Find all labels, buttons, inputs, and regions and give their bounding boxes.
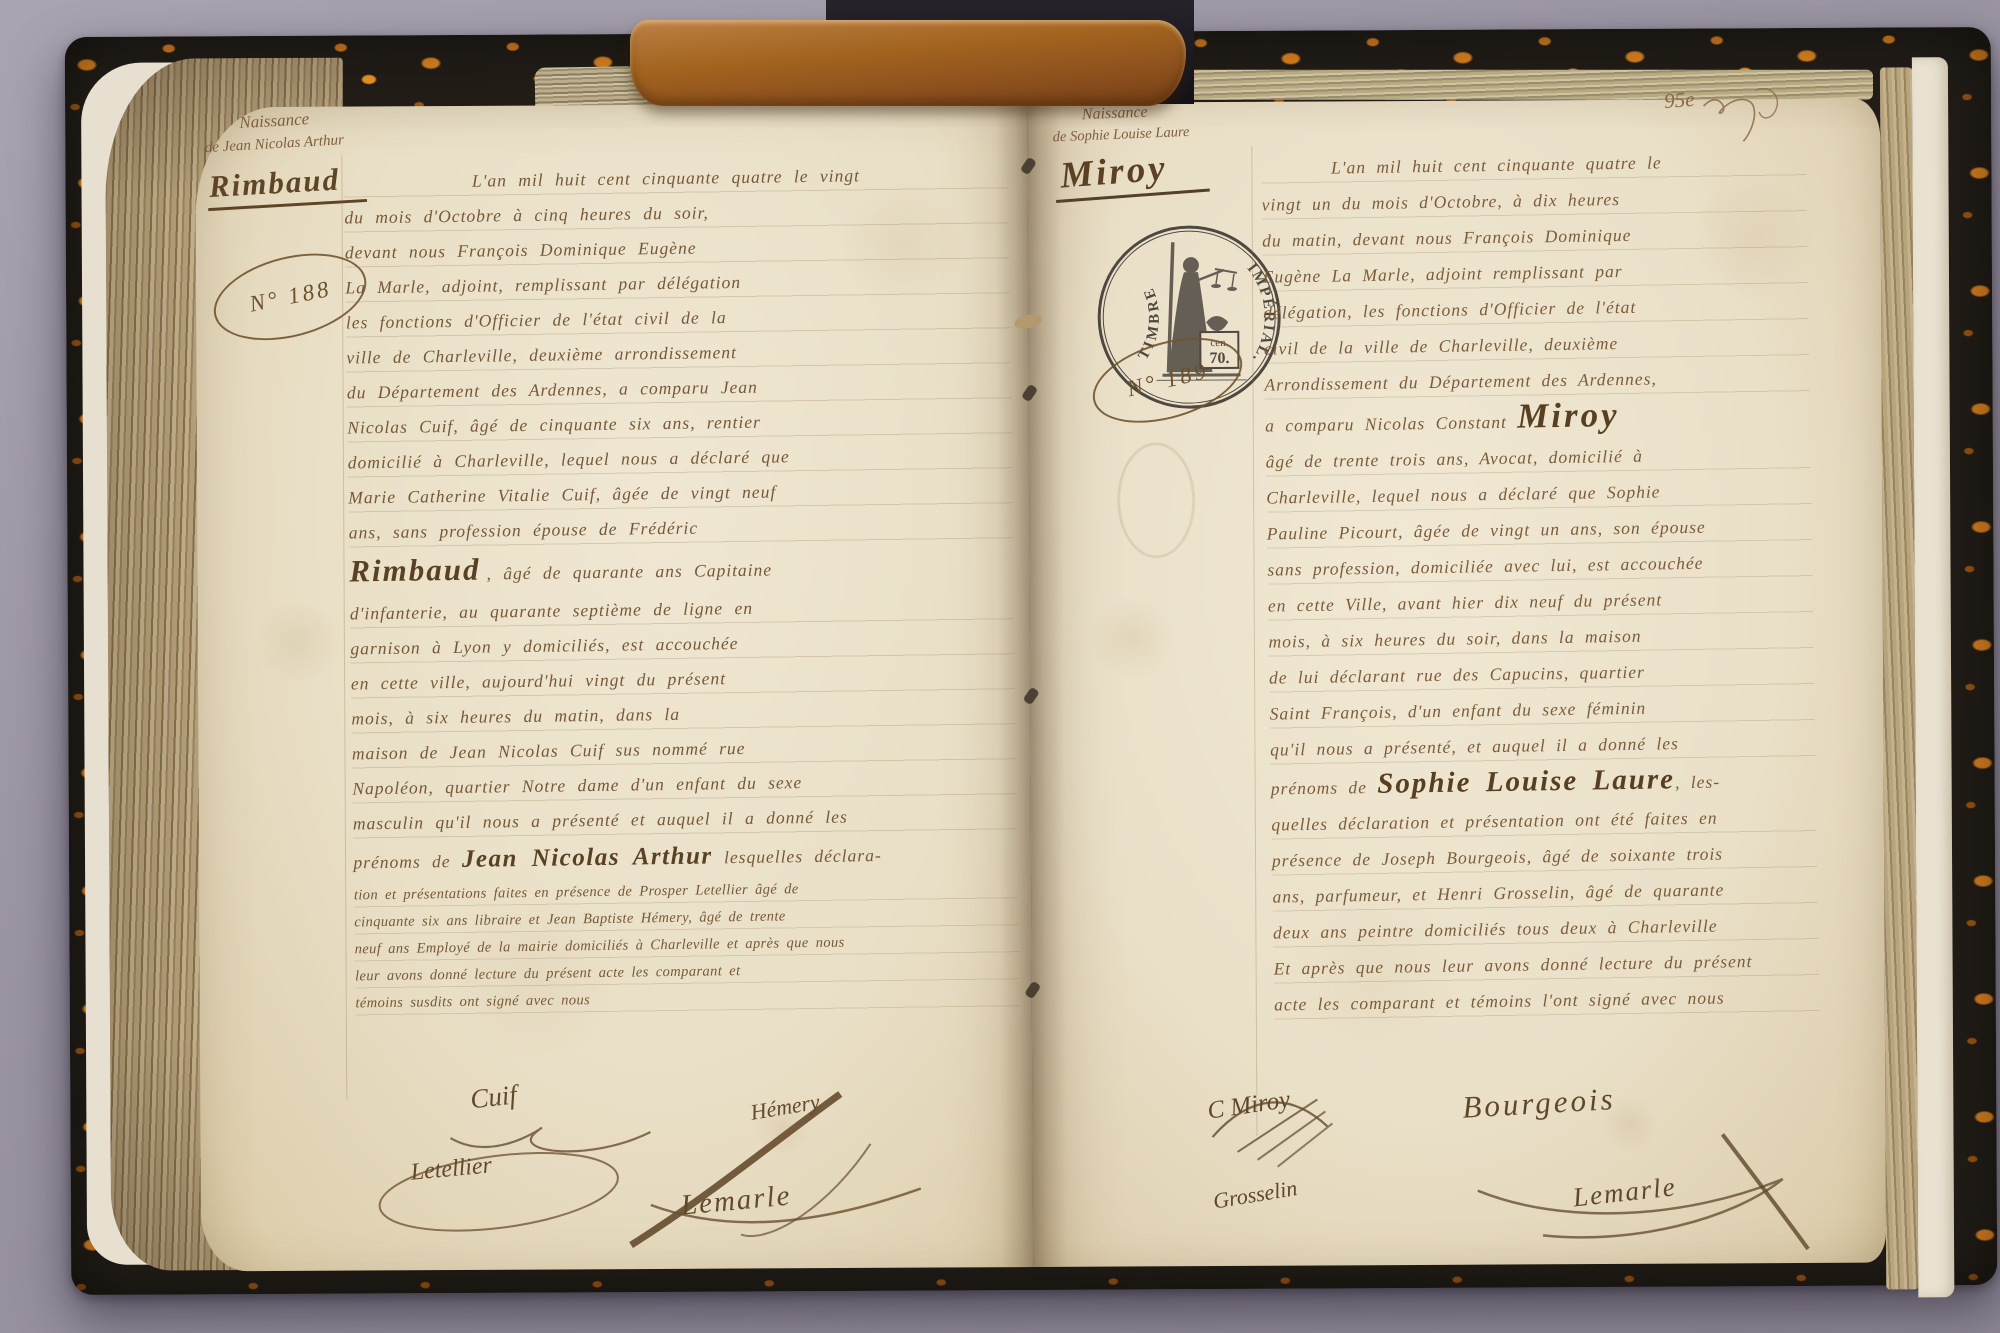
margin-surname: Miroy <box>1053 144 1210 203</box>
signature-lemarle: Lemarle <box>1571 1171 1678 1213</box>
manuscript-line: témoins susdits ont signé avec nous <box>355 981 1019 1017</box>
stamp-value: 70. <box>1209 350 1229 367</box>
thread-knot <box>1013 312 1043 331</box>
manuscript-line-sophie: prénoms de Sophie Louise Laure, les- <box>1270 759 1816 807</box>
manuscript-line: Et après que nous leur avons donné lectu… <box>1273 942 1818 987</box>
manuscript-line-miroy: a comparu Nicolas Constant Miroy <box>1265 394 1811 444</box>
manuscript-line: maison de Jean Nicolas Cuif sus nommé ru… <box>352 727 1016 771</box>
manuscript-line: en cette Ville, avant hier dix neuf du p… <box>1268 579 1813 624</box>
manuscript-line: deux ans peintre domiciliés tous deux à … <box>1273 906 1818 951</box>
manuscript-line: quelles déclaration et présentation ont … <box>1271 798 1816 843</box>
right-endpaper <box>1912 57 1954 1297</box>
svg-text:TIMBRE: TIMBRE <box>1135 283 1163 362</box>
surname-highlight: Rimbaud <box>349 552 481 589</box>
margin-note-line2: de Jean Nicolas Arthur <box>204 123 504 157</box>
manuscript-line: civil de la ville de Charleville, deuxiè… <box>1264 322 1809 367</box>
manuscript-line: Napoléon, quartier Notre dame d'un enfan… <box>352 762 1016 806</box>
signature-cuif: Cuif <box>469 1079 519 1115</box>
paragraph: âgé de trente trois ans, Avocat, domicil… <box>1265 435 1815 768</box>
margin-surname: Rimbaud <box>206 160 367 211</box>
manuscript-line: Nicolas Cuif, âgé de cinquante six ans, … <box>347 401 1011 445</box>
right-margin-note: Naissance de Sophie Louise Laure Miroy <box>1052 97 1316 200</box>
act-number-oval: N° 189 <box>1083 322 1252 438</box>
manuscript-line: Marie Catherine Vitalie Cuif, âgée de vi… <box>348 471 1012 515</box>
act-number: N° 188 <box>247 276 333 318</box>
svg-text:IMPÉRIAL.: IMPÉRIAL. <box>1244 261 1278 367</box>
imperial-tax-stamp: TIMBRE IMPÉRIAL. <box>1094 220 1285 426</box>
paragraph: L'an mil huit cent cinquante quatre levi… <box>1261 142 1810 403</box>
manuscript-line: leur avons donné lecture du présent acte… <box>355 954 1019 990</box>
manuscript-line: Pauline Picourt, âgée de vingt un ans, s… <box>1267 507 1812 552</box>
stitch-mark <box>1020 157 1037 176</box>
manuscript-line: garnison à Lyon y domiciliés, est accouc… <box>350 622 1014 666</box>
manuscript-line: L'an mil huit cent cinquante quatre le <box>1261 142 1806 187</box>
manuscript-line: d'infanterie, au quarante septième de li… <box>350 587 1014 631</box>
signature-flourish <box>1197 1081 1387 1177</box>
justice-figure-icon <box>1156 242 1247 380</box>
margin-rule <box>341 155 347 1100</box>
manuscript-line: Saint François, d'un enfant du sexe fémi… <box>1269 687 1814 732</box>
signature-miroy: C Miroy <box>1206 1086 1292 1126</box>
left-page: Naissance de Jean Nicolas Arthur Rimbaud… <box>195 103 1033 1271</box>
folio-number: 95e <box>1663 87 1695 114</box>
manuscript-line: présence de Joseph Bourgeois, âgé de soi… <box>1272 834 1817 879</box>
line-continuation: , âgé de quarante ans Capitaine <box>486 560 772 584</box>
manuscript-line: ans, parfumeur, et Henri Grosselin, âgé … <box>1272 870 1817 915</box>
signature-block-right: C Miroy Grosselin Bourgeois Lemarle <box>1112 1084 1873 1263</box>
line-lead: a comparu Nicolas Constant <box>1265 412 1517 436</box>
manuscript-line: tion et présentations faites en présence… <box>354 873 1018 909</box>
signature-hemery: Hémery <box>749 1089 822 1126</box>
act-number-oval: N° 188 <box>205 239 376 355</box>
act-number: N° 189 <box>1124 358 1211 402</box>
signature-block-left: Cuif Hémery Letellier Lemarle <box>340 1043 1021 1267</box>
signature-bourgeois: Bourgeois <box>1461 1081 1616 1126</box>
line-lead: prénoms de <box>353 851 462 873</box>
manuscript-line: du matin, devant nous François Dominique <box>1262 214 1807 259</box>
manuscript-line: âgé de trente trois ans, Avocat, domicil… <box>1265 435 1810 480</box>
manuscript-line: ans, sans profession épouse de Frédéric <box>349 506 1013 550</box>
stamp-cen-label: cen. <box>1210 337 1228 349</box>
act-text-right: L'an mil huit cent cinquante quatre levi… <box>1261 142 1820 1022</box>
signature-flourish <box>440 1107 660 1168</box>
signature-letellier: Letellier <box>410 1152 493 1186</box>
folio-paraph-flourish <box>1697 80 1791 147</box>
manuscript-line: de lui déclarant rue des Capucins, quart… <box>1269 651 1814 696</box>
manuscript-line: du Département des Ardennes, a comparu J… <box>347 366 1011 410</box>
manuscript-line: en cette ville, aujourd'hui vingt du pré… <box>351 657 1015 701</box>
manuscript-line: Charleville, lequel nous a déclaré que S… <box>1266 471 1811 516</box>
stamp-arc-right-text: IMPÉRIAL. <box>1244 261 1278 367</box>
manuscript-line: L'an mil huit cent cinquante quatre le v… <box>344 156 1008 200</box>
manuscript-line: cinquante six ans libraire et Jean Bapti… <box>354 900 1018 936</box>
paragraph: d'infanterie, au quarante septième de li… <box>350 587 1017 841</box>
manuscript-line-arthur: prénoms de Jean Nicolas Arthur lesquelle… <box>353 832 1018 882</box>
surname-highlight: Miroy <box>1517 395 1620 436</box>
manuscript-line: vingt un du mois d'Octobre, à dix heures <box>1261 178 1806 223</box>
margin-note-line2: de Sophie Louise Laure <box>1052 119 1312 146</box>
signature-flourish <box>590 1083 951 1265</box>
manuscript-line: acte les comparant et témoins l'ont sign… <box>1274 978 1819 1023</box>
paragraph-condensed: tion et présentations faites en présence… <box>354 873 1020 1017</box>
photo-background: Naissance de Jean Nicolas Arthur Rimbaud… <box>0 0 2000 1333</box>
right-page: Naissance de Sophie Louise Laure Miroy T… <box>1027 99 1886 1267</box>
manuscript-line: sans profession, domiciliée avec lui, es… <box>1267 543 1812 588</box>
manuscript-line: neuf ans Employé de la mairie domiciliés… <box>354 927 1018 963</box>
binding-gutter <box>995 103 1067 1267</box>
stamp-value-box: cen. 70. <box>1200 332 1238 368</box>
line-continuation: lesquelles déclara- <box>713 845 882 867</box>
signature-lemarle: Lemarle <box>680 1180 793 1223</box>
manuscript-line-rimbaud: Rimbaud, âgé de quarante ans Capitaine <box>349 541 1014 596</box>
manuscript-line: Eugène La Marle, adjoint remplissant par <box>1262 250 1807 295</box>
paragraph: quelles déclaration et présentation ont … <box>1271 798 1819 1023</box>
act-text-left: L'an mil huit cent cinquante quatre le v… <box>344 156 1020 1017</box>
stitch-mark <box>1021 384 1038 403</box>
manuscript-line: les fonctions d'Officier de l'état civil… <box>346 296 1010 340</box>
signature-grosselin: Grosselin <box>1211 1175 1299 1214</box>
manuscript-line: Arrondissement du Département des Ardenn… <box>1264 358 1809 403</box>
child-name-highlight: Sophie Louise Laure <box>1377 763 1675 800</box>
margin-rule <box>1251 146 1257 1136</box>
left-margin-note: Naissance de Jean Nicolas Arthur Rimbaud <box>203 98 508 211</box>
line-continuation: , les- <box>1675 772 1720 793</box>
signature-flourish <box>1472 1119 1863 1256</box>
register-book-cover: Naissance de Jean Nicolas Arthur Rimbaud… <box>65 27 1998 1295</box>
signature-flourish <box>369 1141 630 1242</box>
manuscript-line: mois, à six heures du matin, dans la <box>351 692 1015 736</box>
stamp-arc-left-text: TIMBRE <box>1135 283 1163 362</box>
manuscript-line: domicilié à Charleville, lequel nous a d… <box>348 436 1012 480</box>
manuscript-line: masculin qu'il nous a présenté et auquel… <box>353 797 1017 841</box>
manuscript-line: mois, à six heures du soir, dans la mais… <box>1268 615 1813 660</box>
manuscript-line: délégation, les fonctions d'Officier de … <box>1263 286 1808 331</box>
leather-spine-cap <box>630 20 1186 106</box>
manuscript-line: ville de Charleville, deuxième arrondiss… <box>346 331 1010 375</box>
manuscript-line: du mois d'Octobre à cinq heures du soir, <box>344 191 1008 235</box>
embossed-seal <box>1117 442 1196 558</box>
line-lead: prénoms de <box>1271 777 1378 799</box>
manuscript-line: devant nous François Dominique Eugène <box>345 226 1009 270</box>
stitch-mark <box>1024 981 1041 1000</box>
manuscript-line: La Marle, adjoint, remplissant par délég… <box>345 261 1009 305</box>
paragraph: L'an mil huit cent cinquante quatre le v… <box>344 156 1013 550</box>
child-name-highlight: Jean Nicolas Arthur <box>462 842 713 872</box>
stitch-mark <box>1023 687 1040 706</box>
manuscript-line: qu'il nous a présenté, et auquel il a do… <box>1270 723 1815 768</box>
